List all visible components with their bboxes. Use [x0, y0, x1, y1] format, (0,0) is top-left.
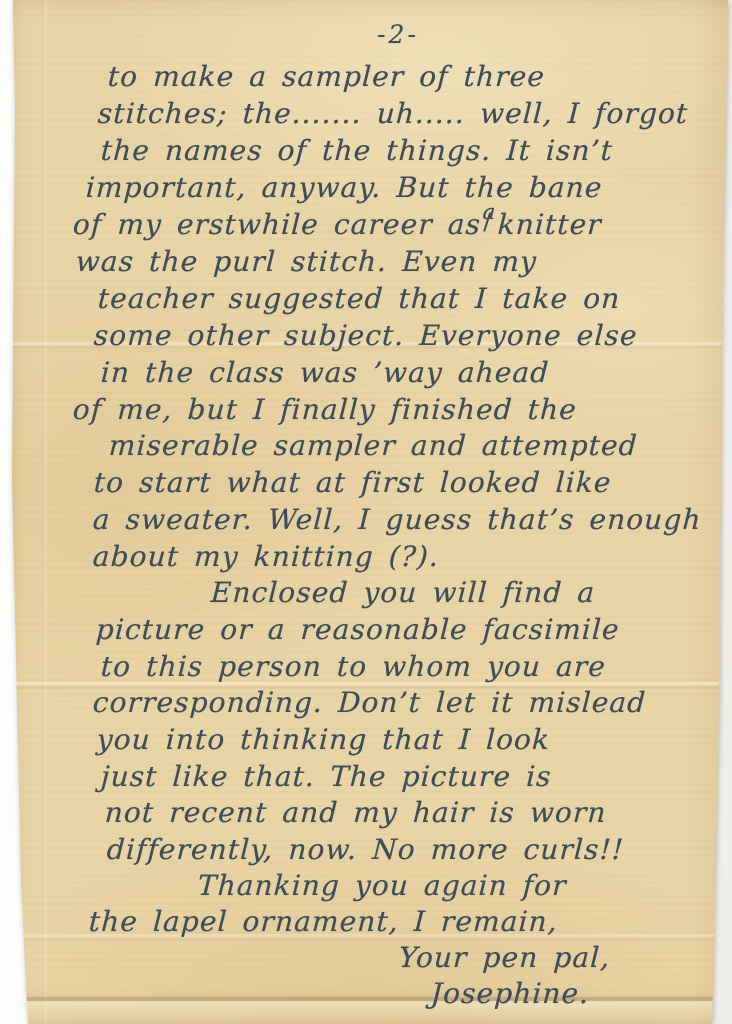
handwritten-line: Enclosed you will find a [210, 576, 596, 610]
handwritten-line: of me, but I finally finished the [72, 393, 578, 427]
handwritten-line: of my erstwhile career asaknitter [72, 208, 603, 244]
handwritten-line: a sweater. Well, I guess that’s enough [92, 503, 702, 537]
paper-shadow-wrap: -2- to make a sampler of threestitches; … [0, 0, 732, 1024]
letter-paper: -2- to make a sampler of threestitches; … [0, 0, 732, 1024]
handwritten-line: Josephine. [430, 977, 590, 1011]
inserted-word-above-line: a [482, 195, 497, 229]
handwritten-line: you into thinking that I look [96, 723, 551, 757]
handwritten-line: corresponding. Don’t let it mislead [92, 686, 647, 720]
letter-body: to make a sampler of threestitches; the.… [0, 0, 732, 1024]
handwritten-line: was the purl stitch. Even my [75, 245, 538, 279]
handwritten-line: miserable sampler and attempted [108, 429, 639, 463]
handwritten-line: to start what at first looked like [93, 466, 612, 500]
scanned-letter-page: -2- to make a sampler of threestitches; … [0, 0, 732, 1024]
handwritten-line: stitches; the....... uh..... well, I for… [97, 97, 689, 131]
handwritten-line: Thanking you again for [197, 869, 568, 903]
handwritten-line: important, anyway. But the bane [85, 171, 603, 205]
handwritten-line: picture or a reasonable facsimile [95, 613, 621, 647]
handwritten-line: the lapel ornament, I remain, [88, 905, 559, 939]
handwritten-line: not recent and my hair is worn [104, 796, 607, 830]
handwritten-line: to make a sampler of three [107, 60, 546, 94]
handwritten-line: in the class was ’way ahead [100, 356, 550, 390]
handwritten-line: differently, now. No more curls!! [106, 833, 625, 867]
handwritten-line: some other subject. Everyone else [93, 319, 639, 353]
handwritten-line: the names of the things. It isn’t [100, 134, 614, 168]
handwritten-line: about my knitting (?). [92, 540, 440, 574]
line-segment: of my erstwhile career as [72, 208, 482, 241]
line-segment: knitter [497, 208, 603, 241]
handwritten-line: just like that. The picture is [100, 760, 553, 794]
handwritten-line: to this person to whom you are [100, 650, 607, 684]
handwritten-line: teacher suggested that I take on [97, 282, 621, 316]
handwritten-line: Your pen pal, [398, 941, 611, 975]
